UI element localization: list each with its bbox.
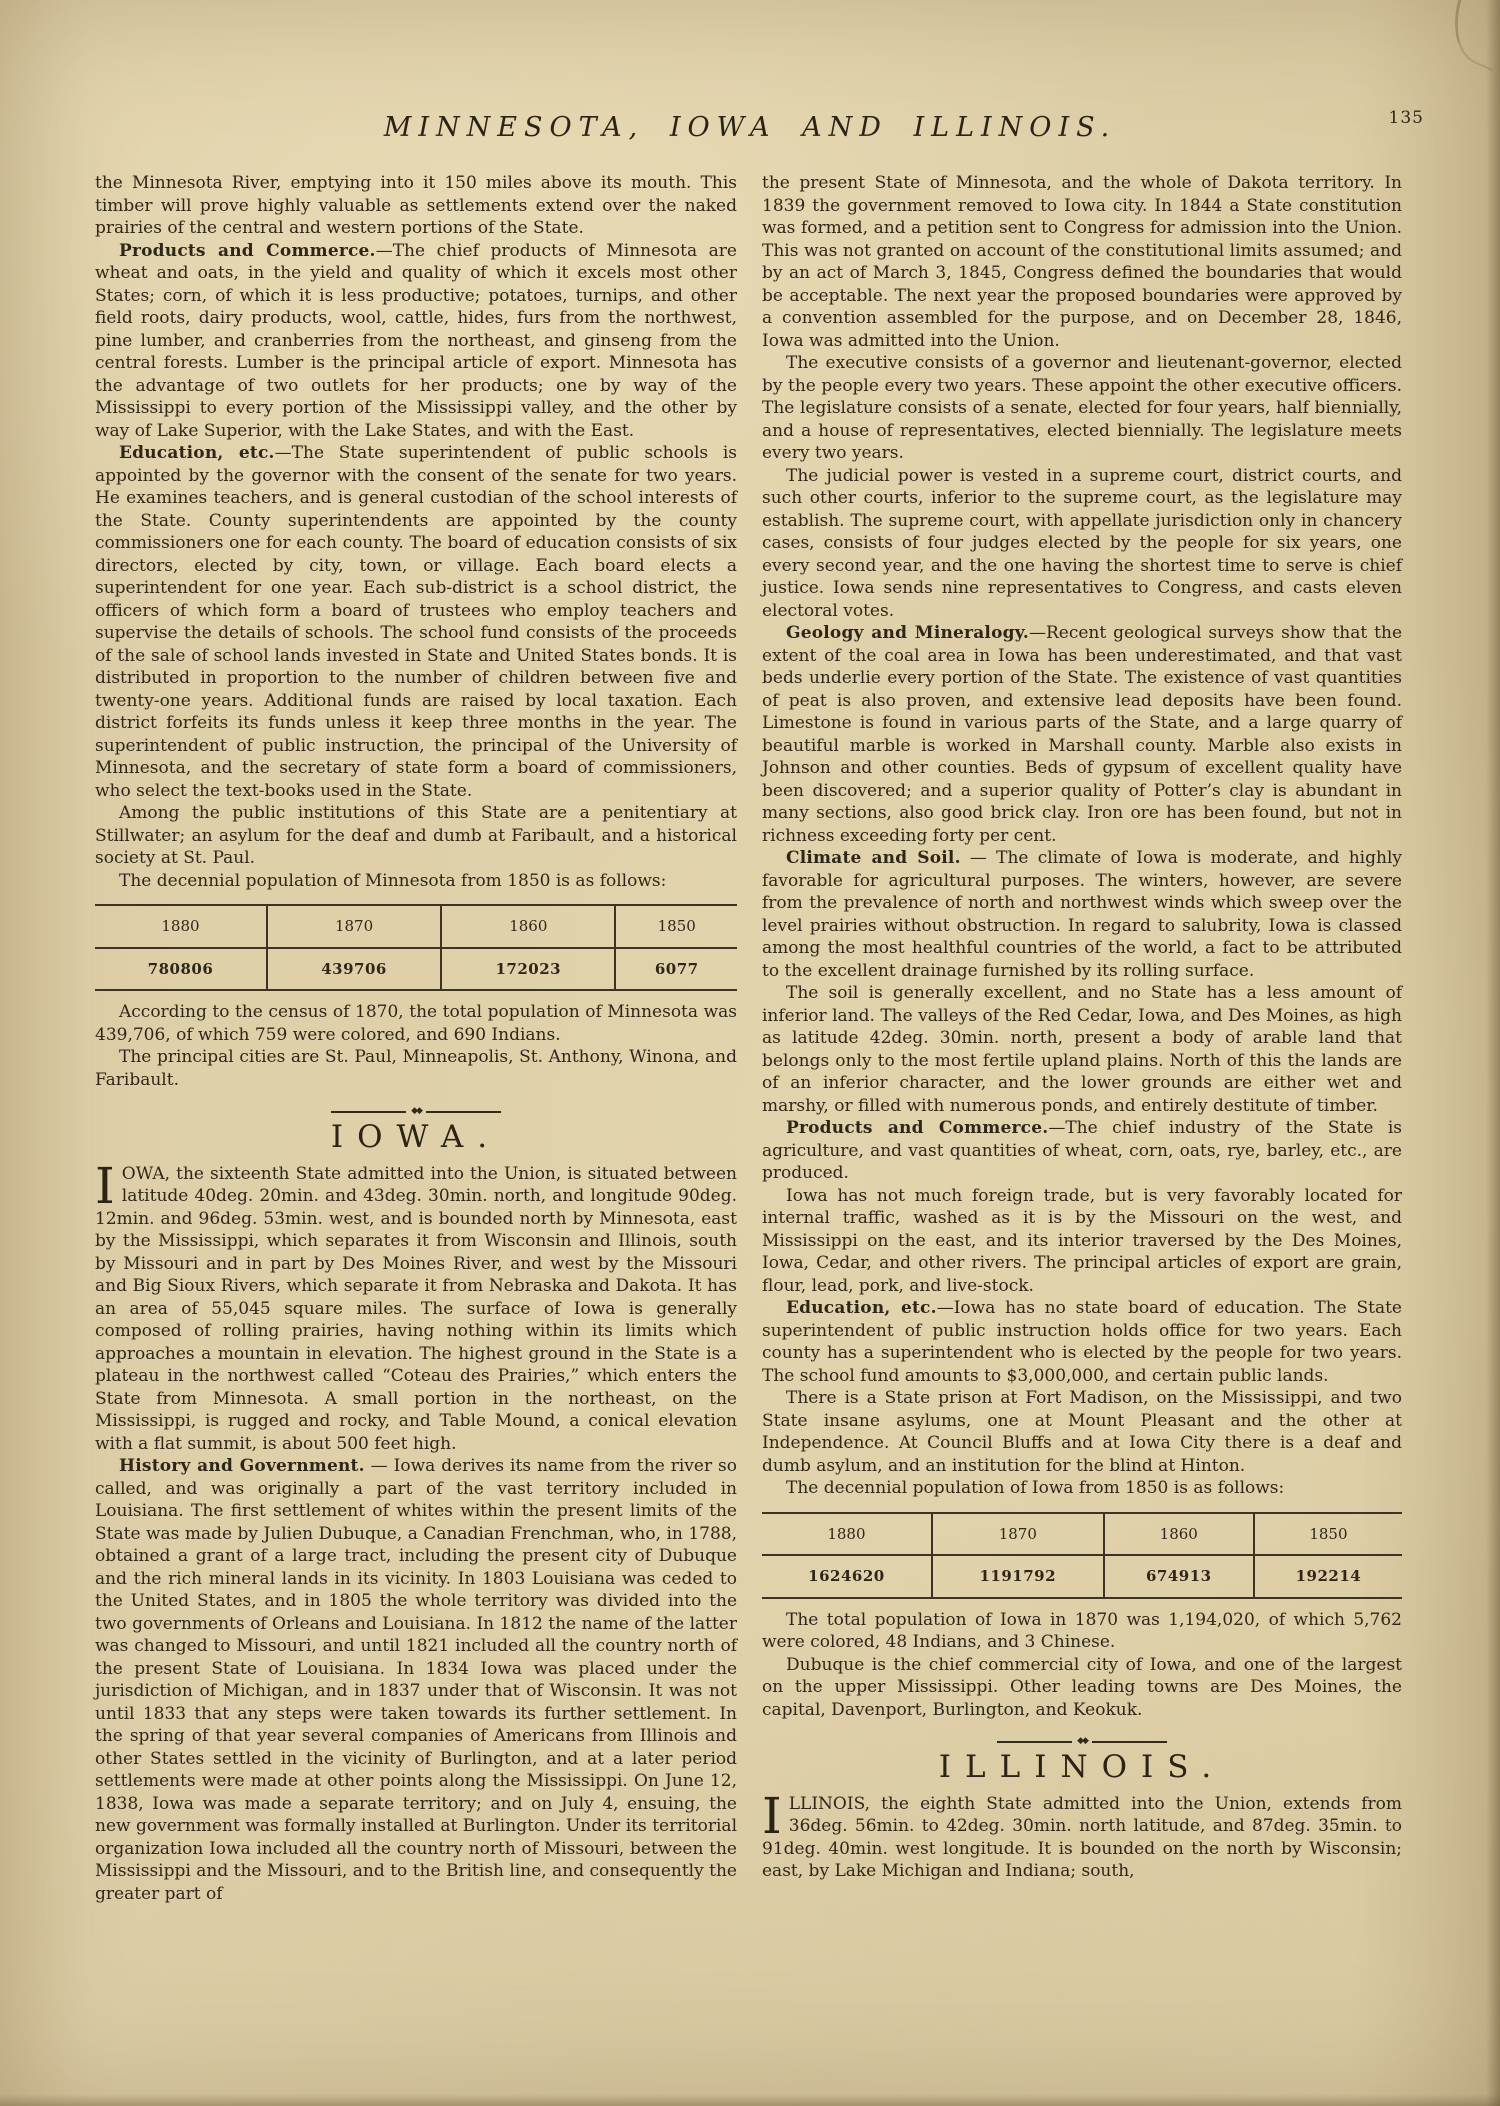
table-row-years: 1880 1870 1860 1850 [762,1513,1402,1556]
paragraph-text: LLINOIS, the eighth State admitted into … [762,1794,1402,1882]
table-cell-year: 1850 [615,905,737,948]
ornament-line [1092,1741,1167,1743]
paragraph-text: —The chief products of Minnesota are whe… [95,241,737,441]
runin-heading-geology: Geology and Mineralogy. [786,623,1029,643]
runin-heading-history: History and Government. [119,1456,365,1476]
table-cell-population: 439706 [267,948,441,991]
paragraph-mn-table-intro: The decennial population of Minnesota fr… [95,870,737,893]
runin-heading-education-mn: Education, etc. [119,443,275,463]
table-cell-year: 1850 [1254,1513,1402,1556]
paragraph-mn-cities: The principal cities are St. Paul, Minne… [95,1046,737,1091]
table-cell-population: 172023 [441,948,615,991]
paragraph-ia-table-intro: The decennial population of Iowa from 18… [762,1477,1402,1500]
paragraph-text: —The State superintendent of public scho… [95,443,737,801]
dropcap-letter-i: I [95,1163,122,1205]
table-cell-year: 1880 [762,1513,932,1556]
page-edge-shadow-bottom [0,2094,1500,2106]
paragraph-iowa-intro: IOWA, the sixteenth State admitted into … [95,1163,737,1456]
section-heading-iowa: IOWA. [95,1126,737,1149]
ornament-diamond-icon: ◆◆ [1077,1737,1087,1746]
book-page: MINNESOTA, IOWA AND ILLINOIS. 135 the Mi… [0,0,1500,2106]
table-cell-year: 1860 [1104,1513,1254,1556]
ornament-line [997,1741,1072,1743]
paragraph-institutions-ia: There is a State prison at Fort Madison,… [762,1387,1402,1477]
right-column: the present State of Minnesota, and the … [762,172,1402,1883]
table-cell-population: 674913 [1104,1555,1254,1598]
paragraph-education-mn: Education, etc.—The State superintendent… [95,442,737,802]
section-heading-illinois: ILLINOIS. [762,1756,1402,1779]
table-cell-year: 1880 [95,905,267,948]
table-cell-year: 1870 [267,905,441,948]
iowa-population-table: 1880 1870 1860 1850 1624620 1191792 6749… [762,1512,1402,1599]
table-cell-population: 6077 [615,948,737,991]
paragraph-education-ia: Education, etc.—Iowa has no state board … [762,1297,1402,1387]
table-cell-population: 780806 [95,948,267,991]
ornament-diamond-icon: ◆◆ [411,1107,421,1116]
runin-heading-climate: Climate and Soil. [786,848,961,868]
minnesota-population-table: 1880 1870 1860 1850 780806 439706 172023… [95,904,737,991]
table-cell-population: 1191792 [932,1555,1104,1598]
ornament-line [426,1111,501,1113]
paragraph-trade: Iowa has not much foreign trade, but is … [762,1185,1402,1298]
paragraph-executive: The executive consists of a governor and… [762,352,1402,465]
paragraph-climate-soil: Climate and Soil. — The climate of Iowa … [762,847,1402,982]
paragraph-iowa-territory: the present State of Minnesota, and the … [762,172,1402,352]
dropcap-letter-i: I [762,1793,789,1835]
paragraph-illinois-intro: ILLINOIS, the eighth State admitted into… [762,1793,1402,1883]
paragraph-minnesota-river: the Minnesota River, emptying into it 15… [95,172,737,240]
section-divider-ornament: ◆◆ [997,1737,1167,1746]
table-row-years: 1880 1870 1860 1850 [95,905,737,948]
table-cell-population: 192214 [1254,1555,1402,1598]
paragraph-ia-total-population: The total population of Iowa in 1870 was… [762,1609,1402,1654]
table-cell-year: 1860 [441,905,615,948]
left-column: the Minnesota River, emptying into it 15… [95,172,737,1905]
paragraph-dubuque: Dubuque is the chief commercial city of … [762,1654,1402,1722]
paragraph-history-government: History and Government. — Iowa derives i… [95,1455,737,1905]
running-header-title: MINNESOTA, IOWA AND ILLINOIS. [0,112,1500,143]
paragraph-text: — Iowa derives its name from the river s… [95,1456,737,1904]
table-row-values: 780806 439706 172023 6077 [95,948,737,991]
paragraph-text: —Recent geological surveys show that the… [762,623,1402,846]
table-row-values: 1624620 1191792 674913 192214 [762,1555,1402,1598]
page-edge-shadow-right [1486,0,1500,2106]
table-cell-population: 1624620 [762,1555,932,1598]
paragraph-text: OWA, the sixteenth State admitted into t… [95,1164,737,1454]
runin-heading-products-ia: Products and Commerce. [786,1118,1048,1138]
ornament-line [331,1111,406,1113]
paragraph-soil: The soil is generally excellent, and no … [762,982,1402,1117]
section-divider-ornament: ◆◆ [331,1107,501,1116]
paragraph-judicial: The judicial power is vested in a suprem… [762,465,1402,623]
paragraph-geology-mineralogy: Geology and Mineralogy.—Recent geologica… [762,622,1402,847]
runin-heading-education-ia: Education, etc. [786,1298,937,1318]
table-cell-year: 1870 [932,1513,1104,1556]
paragraph-products-commerce-ia: Products and Commerce.—The chief industr… [762,1117,1402,1185]
runin-heading-products-mn: Products and Commerce. [119,241,376,261]
paragraph-institutions-mn: Among the public institutions of this St… [95,802,737,870]
paragraph-mn-census: According to the census of 1870, the tot… [95,1001,737,1046]
paragraph-products-commerce-mn: Products and Commerce.—The chief product… [95,240,737,443]
page-number: 135 [1389,108,1424,128]
